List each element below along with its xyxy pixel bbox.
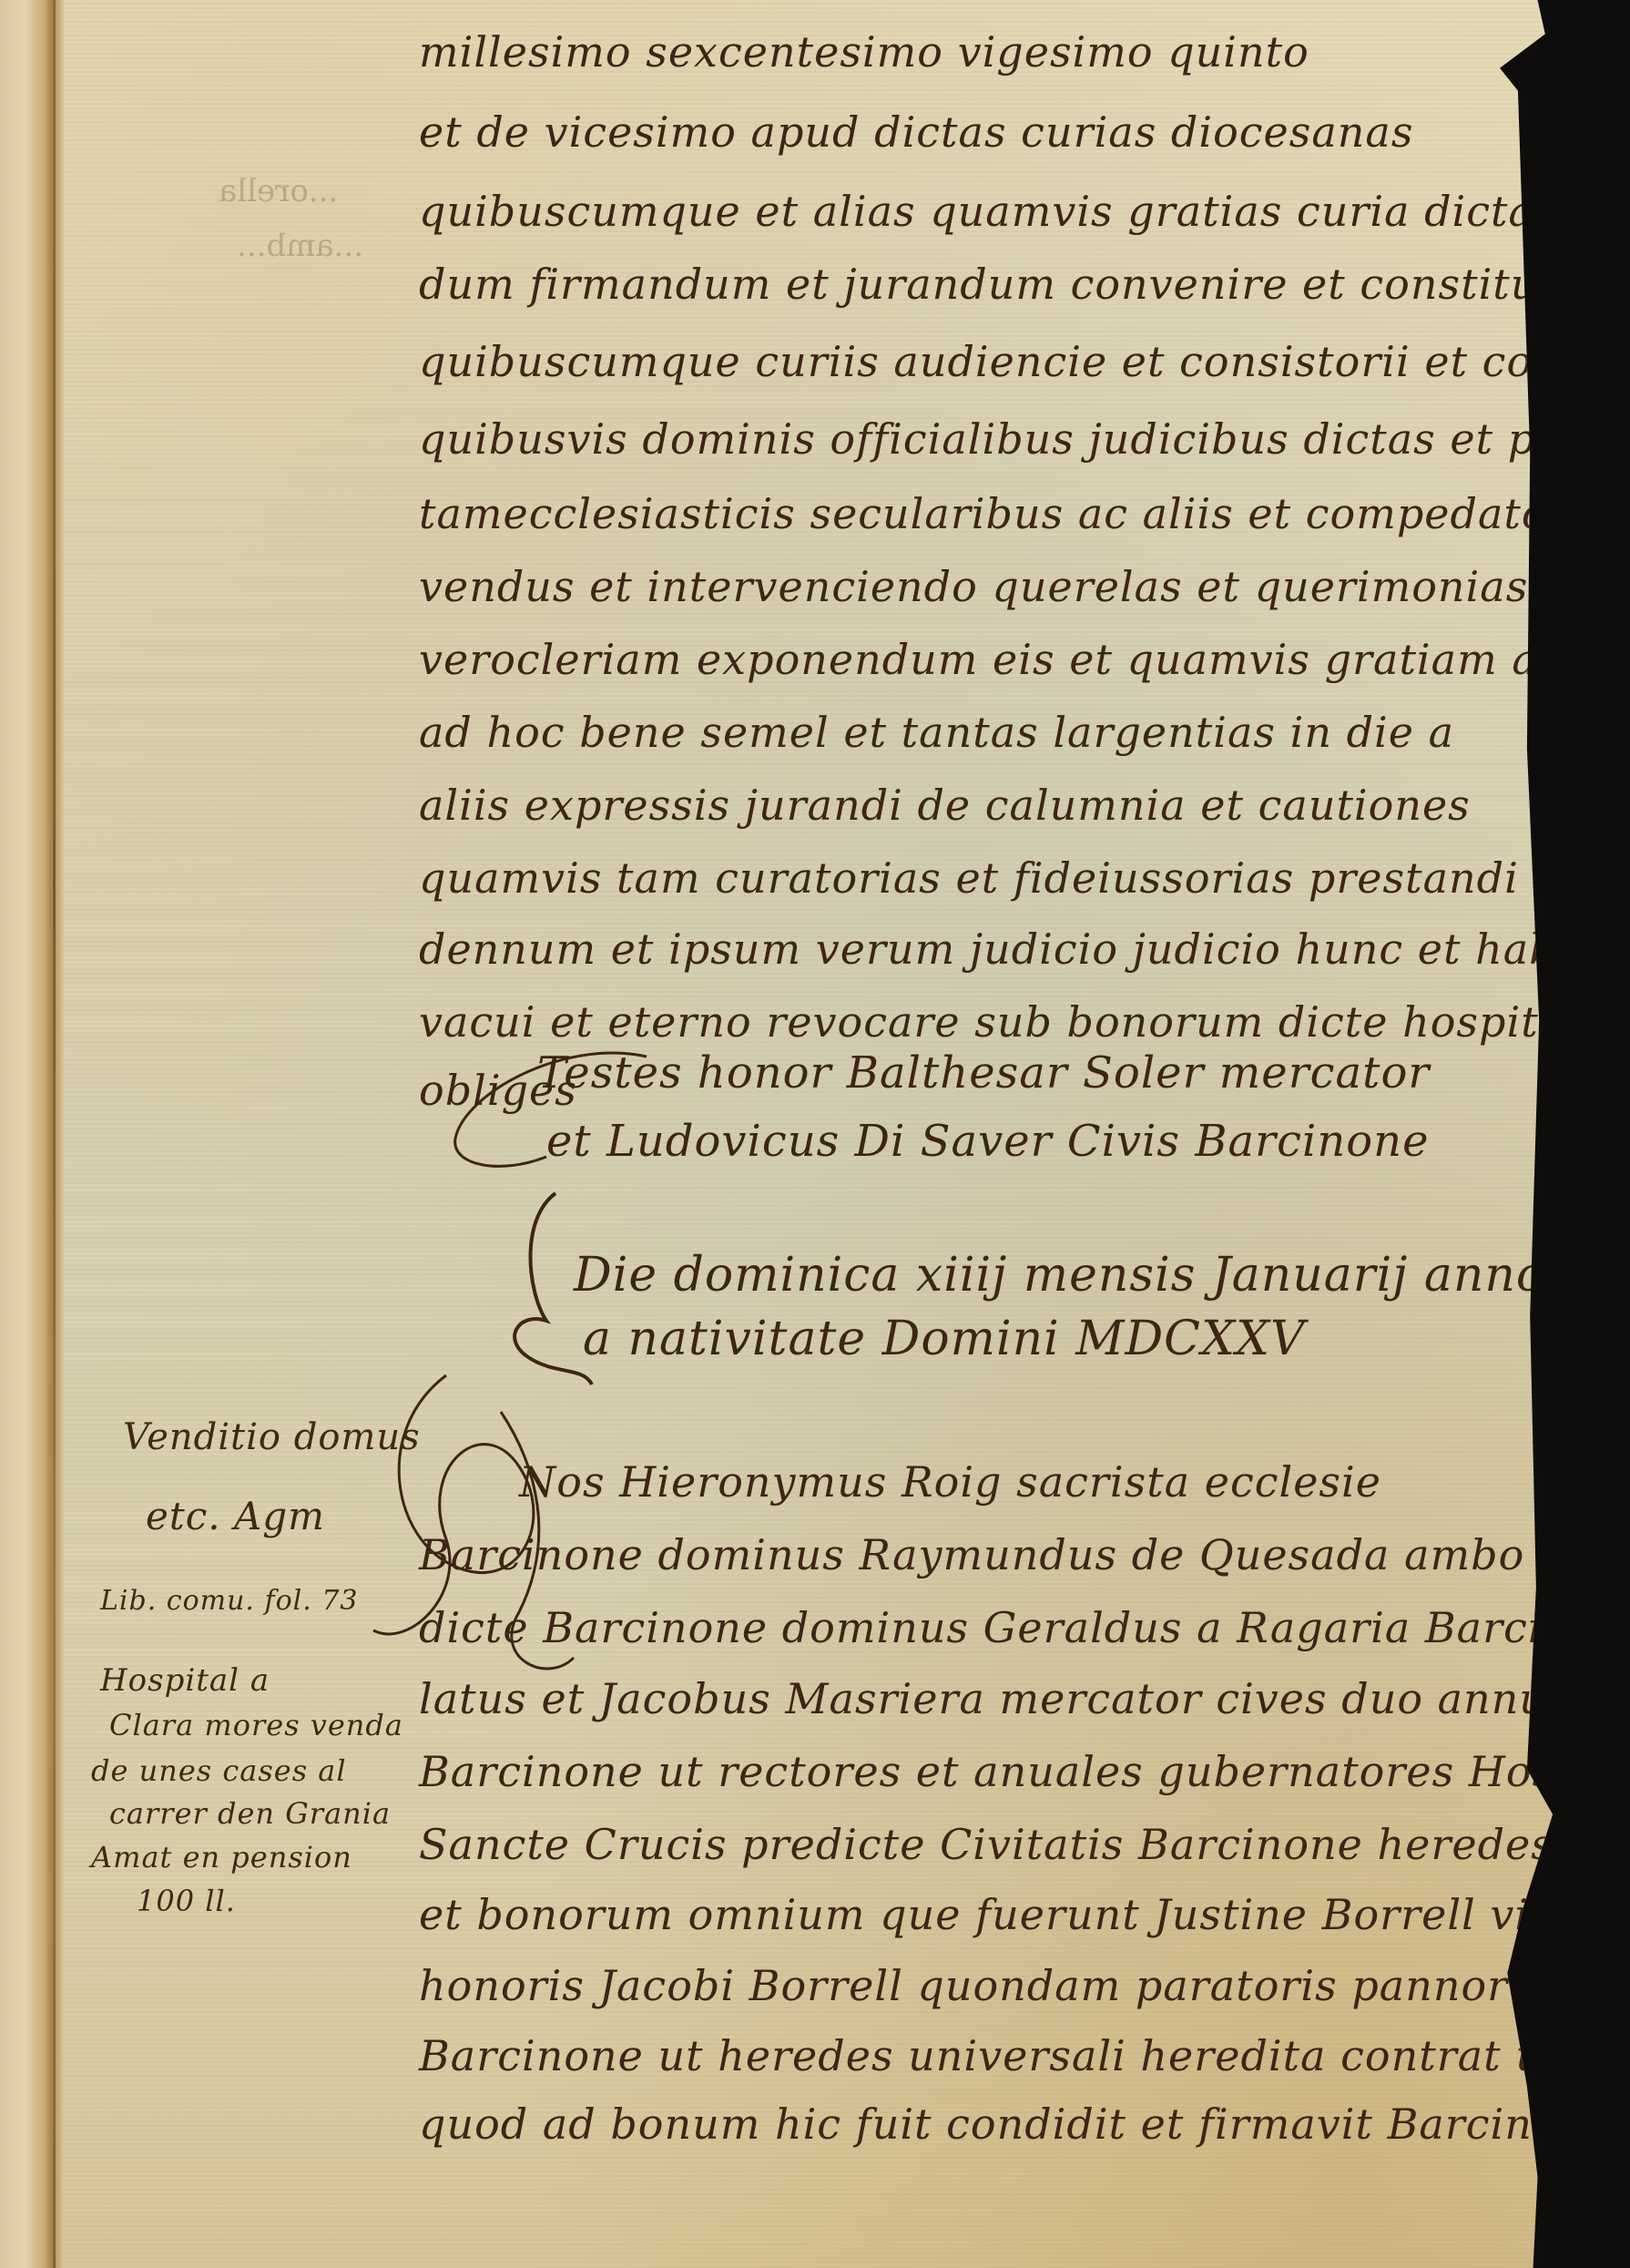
bleed-through-text: ...orella [219, 173, 338, 209]
text-line: Barcinone ut rectores et anuales guberna… [419, 1747, 1630, 1796]
binding-gutter [53, 0, 56, 2268]
text-line: dennum et ipsum verum judicio judicio hu… [419, 925, 1629, 974]
margin-heading: Venditio domus [123, 1416, 421, 1458]
margin-reference: Lib. comu. fol. 73 [100, 1585, 359, 1617]
text-line: Barcinone ut heredes universali heredita… [419, 2031, 1630, 2080]
text-line: latus et Jacobus Masriera mercator cives… [419, 1674, 1630, 1723]
margin-abbreviation: etc. Agm [146, 1494, 325, 1538]
date-line: a nativitate Domini MDCXXV [583, 1312, 1306, 1366]
witness-line: et Ludovicus Di Saver Civis Barcinone [546, 1116, 1429, 1167]
text-line: et de vicesimo apud dictas curias dioces… [419, 107, 1413, 157]
margin-note-line: Amat en pension [91, 1840, 352, 1875]
margin-note-line: de unes cases al [91, 1753, 347, 1788]
text-line: aliis expressis jurandi de calumnia et c… [419, 781, 1471, 830]
margin-note-line: Clara mores venda [109, 1708, 403, 1742]
text-line: quamvis tam curatorias et fideiussorias … [419, 853, 1576, 903]
text-line: vendus et intervenciendo querelas et que… [419, 562, 1630, 611]
margin-note-line: carrer den Grania [109, 1796, 391, 1831]
text-line: verocleriam exponendum eis et quamvis gr… [419, 635, 1630, 684]
folio-number: 12 [1539, 7, 1587, 49]
text-line: vacui et eterno revocare sub bonorum dic… [419, 997, 1630, 1047]
text-line: dum firmandum et jurandum convenire et c… [419, 260, 1611, 309]
bleed-through-text: ...amb... [237, 228, 363, 264]
date-line: Die dominica xiiij mensis Januarij anno [574, 1248, 1545, 1303]
text-line: quibuscumque curiis audiencie et consist… [419, 337, 1620, 386]
text-line: quod ad bonum hic fuit condidit et firma… [419, 2099, 1630, 2149]
text-line: dicte Barcinone dominus Geraldus a Ragar… [419, 1603, 1630, 1652]
text-line: Barcinone dominus Raymundus de Quesada a… [419, 1530, 1630, 1579]
text-line: Nos Hieronymus Roig sacrista ecclesie [519, 1457, 1381, 1507]
text-line: Sancte Crucis predicte Civitatis Barcino… [419, 1820, 1630, 1869]
manuscript-folio: 12 ...orella ...amb... millesimo sexcent… [64, 0, 1575, 2268]
text-line: quibusvis dominis officialibus judicibus… [419, 414, 1630, 464]
text-line: et bonorum omnium que fuerunt Justine Bo… [419, 1890, 1630, 1939]
margin-note-line: 100 ll. [137, 1884, 236, 1918]
text-line: honoris Jacobi Borrell quondam paratoris… [419, 1961, 1630, 2010]
text-line: quibuscumque et alias quamvis gratias cu… [419, 187, 1630, 236]
witness-line: Testes honor Balthesar Soler mercator [537, 1047, 1430, 1098]
text-line: millesimo sexcentesimo vigesimo quinto [419, 27, 1309, 77]
margin-note-line: Hospital a [100, 1662, 270, 1699]
text-line: ad hoc bene semel et tantas largentias i… [419, 708, 1454, 757]
text-line: tamecclesiasticis secularibus ac aliis e… [419, 489, 1630, 538]
